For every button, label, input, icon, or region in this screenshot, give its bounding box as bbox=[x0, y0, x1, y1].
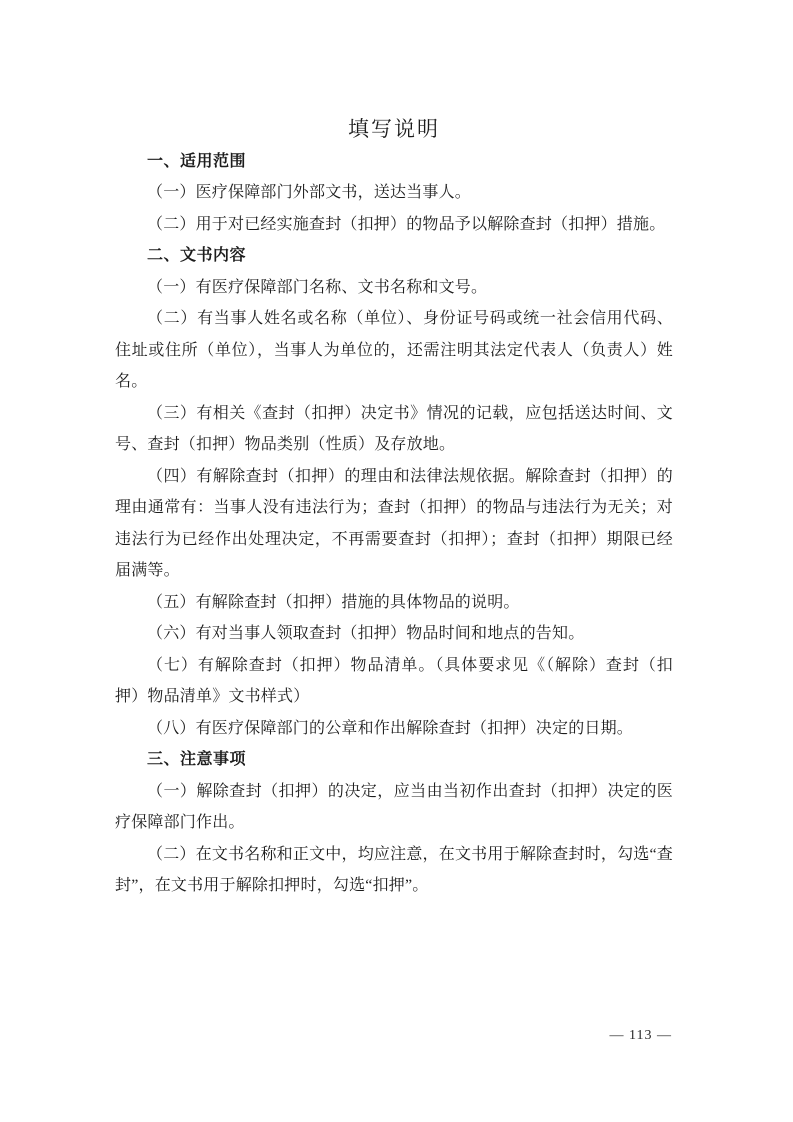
document-content: 填写说明 一、适用范围 （一）医疗保障部门外部文书，送达当事人。 （二）用于对已… bbox=[115, 0, 673, 902]
paragraph-scope-1: （一）医疗保障部门外部文书，送达当事人。 bbox=[115, 177, 673, 209]
paragraph-notes-1: （一）解除查封（扣押）的决定，应当由当初作出查封（扣押）决定的医疗保障部门作出。 bbox=[115, 776, 673, 839]
page-number: — 113 — bbox=[610, 1026, 672, 1046]
paragraph-contents-4: （四）有解除查封（扣押）的理由和法律法规依据。解除查封（扣押）的理由通常有：当事… bbox=[115, 461, 673, 587]
section-heading-applicable-scope: 一、适用范围 bbox=[115, 146, 673, 178]
paragraph-contents-5: （五）有解除查封（扣押）措施的具体物品的说明。 bbox=[115, 587, 673, 619]
paragraph-contents-2: （二）有当事人姓名或名称（单位）、身份证号码或统一社会信用代码、住址或住所（单位… bbox=[115, 303, 673, 398]
document-page: 填写说明 一、适用范围 （一）医疗保障部门外部文书，送达当事人。 （二）用于对已… bbox=[0, 0, 793, 1122]
paragraph-contents-8: （八）有医疗保障部门的公章和作出解除查封（扣押）决定的日期。 bbox=[115, 713, 673, 745]
paragraph-contents-3: （三）有相关《查封（扣押）决定书》情况的记载，应包括送达时间、文号、查封（扣押）… bbox=[115, 398, 673, 461]
paragraph-scope-2: （二）用于对已经实施查封（扣押）的物品予以解除查封（扣押）措施。 bbox=[115, 209, 673, 241]
section-heading-document-contents: 二、文书内容 bbox=[115, 240, 673, 272]
paragraph-contents-6: （六）有对当事人领取查封（扣押）物品时间和地点的告知。 bbox=[115, 618, 673, 650]
paragraph-contents-1: （一）有医疗保障部门名称、文书名称和文号。 bbox=[115, 272, 673, 304]
paragraph-notes-2: （二）在文书名称和正文中，均应注意，在文书用于解除查封时，勾选“查封”，在文书用… bbox=[115, 839, 673, 902]
paragraph-contents-7: （七）有解除查封（扣押）物品清单。（具体要求见《（解除）查封（扣押）物品清单》文… bbox=[115, 650, 673, 713]
document-title: 填写说明 bbox=[115, 114, 673, 146]
section-heading-notes: 三、注意事项 bbox=[115, 744, 673, 776]
